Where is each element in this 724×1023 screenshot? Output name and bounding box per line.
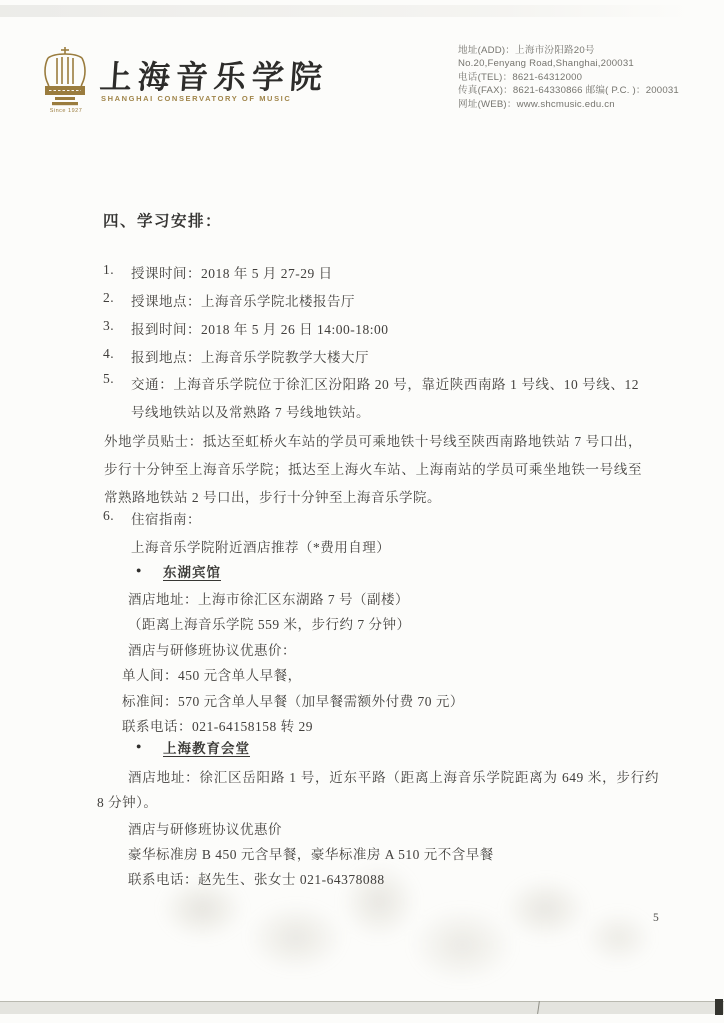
transport-tip-paragraph: 外地学员贴士：抵达至虹桥火车站的学员可乘地铁十号线至陕西南路地铁站 7 号口出，…	[104, 428, 642, 513]
hotel-name-donghu: 东湖宾馆	[163, 561, 221, 581]
list-number: 5.	[103, 371, 125, 387]
list-item-class-location: 授课地点：上海音乐学院北楼报告厅	[131, 290, 355, 310]
contact-block: 地址(ADD)：上海市汾阳路20号 No.20,Fenyang Road,Sha…	[458, 44, 713, 111]
list-item-transport: 交通：上海音乐学院位于徐汇区汾阳路 20 号，靠近陕西南路 1 号线、10 号线…	[131, 371, 639, 427]
hotel-recommendation-intro: 上海音乐学院附近酒店推荐（*费用自理）	[131, 536, 390, 556]
list-item-class-time: 授课时间：2018 年 5 月 27-29 日	[131, 262, 333, 282]
hotel-phone-line: 联系电话：赵先生、张女士 021-64378088	[128, 868, 385, 888]
hotel-room-price-line: 豪华标准房 B 450 元含早餐，豪华标准房 A 510 元不含早餐	[128, 843, 494, 863]
hotel-single-room-line: 单人间：450 元含单人早餐，	[122, 664, 302, 684]
hotel-address-paragraph: 酒店地址：徐汇区岳阳路 1 号，近东平路（距离上海音乐学院距离为 649 米，步…	[97, 766, 659, 816]
contact-address-line: 地址(ADD)：上海市汾阳路20号	[458, 44, 713, 57]
list-number: 3.	[103, 318, 125, 334]
hotel-distance-line: （距离上海音乐学院 559 米，步行约 7 分钟）	[128, 613, 411, 633]
contact-tel-line: 电话(TEL)：8621-64312000	[458, 71, 713, 84]
list-number: 1.	[103, 262, 125, 278]
list-number: 6.	[103, 508, 125, 524]
contact-web-line: 网址(WEB)：www.shcmusic.edu.cn	[458, 98, 713, 111]
logo-english-name: SHANGHAI CONSERVATORY OF MUSIC	[101, 94, 291, 103]
scanned-page: Since 1927 上海音乐学院 SHANGHAI CONSERVATORY …	[0, 0, 724, 1023]
emblem-caption: Since 1927	[40, 108, 92, 114]
contact-fax-line: 传真(FAX)：8621-64330866 邮编( P.C. )：200031	[458, 84, 713, 97]
hotel-name-education-hall: 上海教育会堂	[163, 737, 250, 757]
scan-artifact-corner-mark	[715, 999, 723, 1015]
scan-artifact-top-band	[0, 5, 724, 17]
scan-artifact-bottom-band	[0, 1001, 724, 1014]
conservatory-lyre-emblem-icon	[38, 46, 92, 108]
logo-chinese-name: 上海音乐学院	[98, 52, 329, 98]
hotel-address-line: 酒店地址：上海市徐汇区东湖路 7 号（副楼）	[128, 588, 409, 608]
list-number: 2.	[103, 290, 125, 306]
hotel-standard-room-line: 标准间：570 元含单人早餐（加早餐需额外付费 70 元）	[122, 690, 464, 710]
contact-address-en-line: No.20,Fenyang Road,Shanghai,200031	[458, 57, 713, 70]
hotel-discount-line: 酒店与研修班协议优惠价：	[128, 639, 296, 659]
list-item-accommodation: 住宿指南：	[131, 508, 201, 528]
bullet-icon: ●	[136, 741, 141, 751]
list-item-registration-location: 报到地点：上海音乐学院教学大楼大厅	[131, 346, 369, 366]
section-heading: 四、学习安排：	[103, 209, 222, 231]
hotel-discount-line: 酒店与研修班协议优惠价	[128, 818, 282, 838]
page-number: 5	[653, 912, 659, 924]
list-number: 4.	[103, 346, 125, 362]
bullet-icon: ●	[136, 565, 141, 575]
list-item-registration-time: 报到时间：2018 年 5 月 26 日 14:00-18:00	[131, 318, 389, 338]
hotel-phone-line: 联系电话：021-64158158 转 29	[122, 715, 313, 735]
